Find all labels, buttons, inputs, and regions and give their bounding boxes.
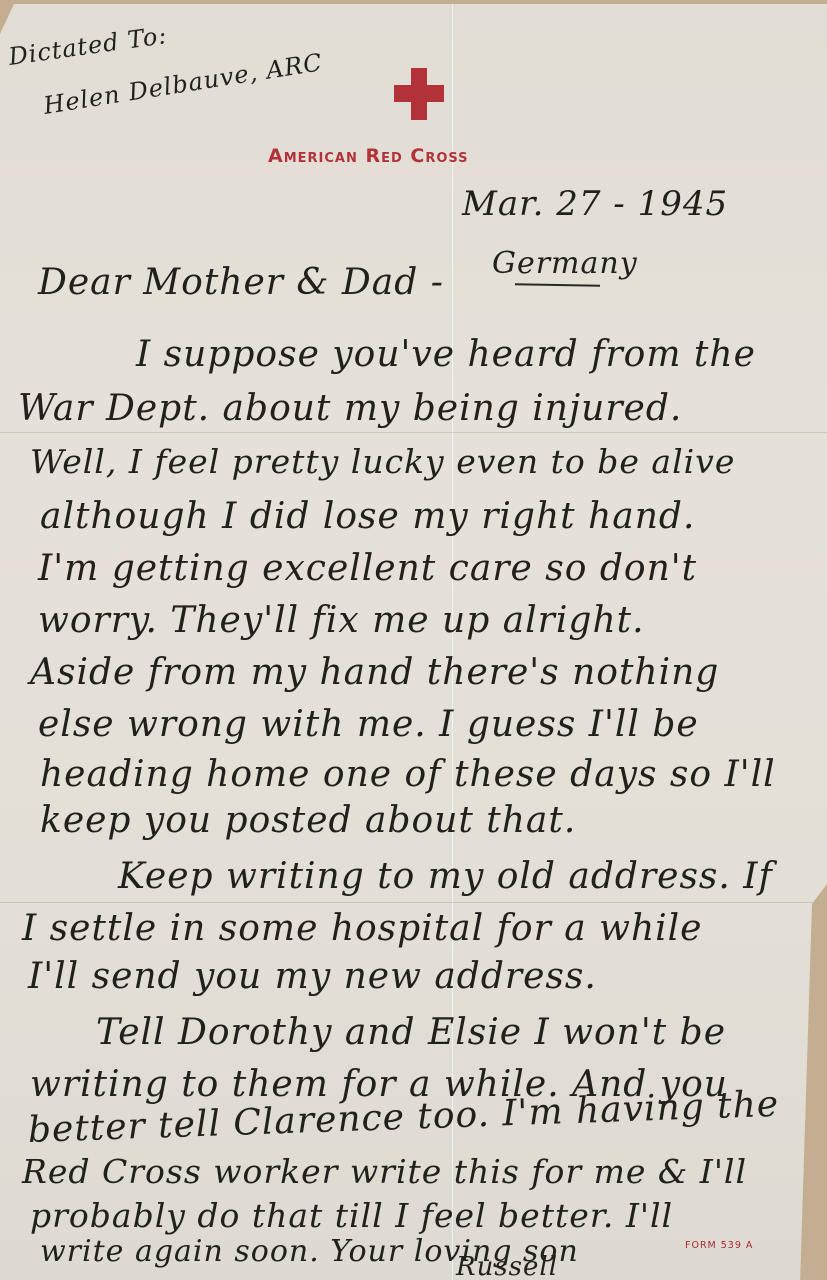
letter-body-line: I'm getting excellent care so don't <box>38 548 697 589</box>
form-number: FORM 539 A <box>685 1240 753 1251</box>
letter-body-line: although I did lose my right hand. <box>40 496 695 537</box>
letter-body-line: Aside from my hand there's nothing <box>30 652 719 693</box>
paper-fold-horizontal <box>0 902 827 903</box>
letter-body-line: Well, I feel pretty lucky even to be ali… <box>30 442 735 481</box>
letter-body-line: probably do that till I feel better. I'l… <box>30 1196 673 1235</box>
red-cross-icon <box>394 68 444 120</box>
letter-body-line: I suppose you've heard from the <box>136 334 756 375</box>
letter-body-line: keep you posted about that. <box>40 800 576 841</box>
letter-salutation: Dear Mother & Dad - <box>38 262 444 303</box>
letter-body-line: Red Cross worker write this for me & I'l… <box>22 1152 747 1191</box>
letter-body-line: heading home one of these days so I'll <box>40 754 776 795</box>
letter-body-line: Tell Dorothy and Elsie I won't be <box>96 1012 726 1053</box>
letter-location: Germany <box>492 246 638 281</box>
letter-date: Mar. 27 - 1945 <box>462 184 728 224</box>
dictation-note-line1: Dictated To: <box>7 21 169 71</box>
letter-body-line: else wrong with me. I guess I'll be <box>38 704 699 745</box>
paper-fold-horizontal <box>0 432 827 433</box>
letter-body-line: worry. They'll fix me up alright. <box>38 600 645 641</box>
letter-body-line: War Dept. about my being injured. <box>18 388 682 429</box>
letter-body-line: Keep writing to my old address. If <box>118 856 773 897</box>
letterhead-organization: American Red Cross <box>268 145 469 167</box>
letter-paper: Dictated To: Helen Delbauve, ARC America… <box>0 4 827 1280</box>
location-underline <box>515 283 600 286</box>
letter-body-line: I'll send you my new address. <box>28 956 597 997</box>
letter-signature: Russell <box>456 1252 558 1280</box>
letter-body-line: I settle in some hospital for a while <box>22 908 702 949</box>
